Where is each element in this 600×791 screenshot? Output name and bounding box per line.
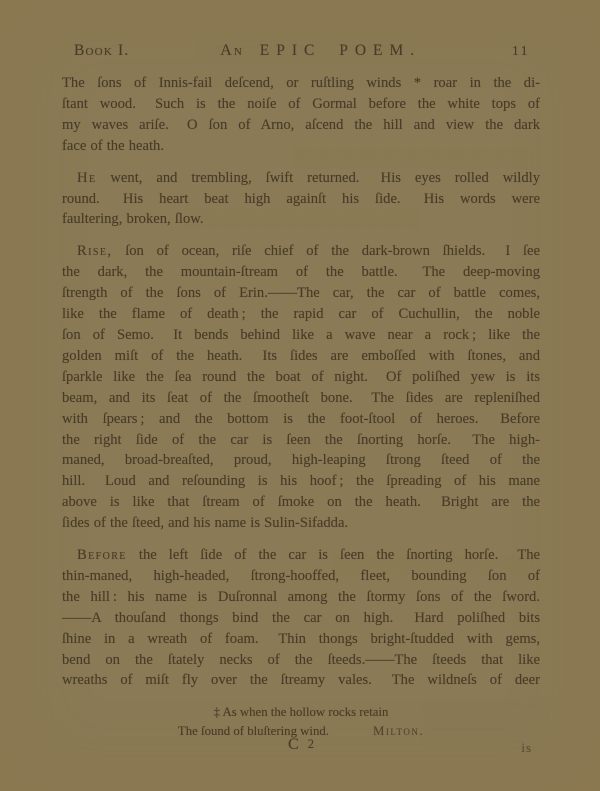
line-text: the left ſide of the car is ſeen the ſno… xyxy=(139,547,540,563)
text-line: the right ſide of the car is ſeen the ſn… xyxy=(62,430,540,451)
page-header: Book I. AnEPIC POEM. 11 xyxy=(62,42,540,60)
book-page-scan: Book I. AnEPIC POEM. 11 The ſons of Inni… xyxy=(0,0,600,791)
page-content: Book I. AnEPIC POEM. 11 The ſons of Inni… xyxy=(62,42,540,740)
catchword: is xyxy=(521,740,532,756)
paragraph: The ſons of Innis-fail deſcend, or ruſtl… xyxy=(62,73,540,157)
text-line: ſtrength of the ſons of Erin.——The car, … xyxy=(62,283,540,304)
paragraph: He went, and trembling, ſwift returned. … xyxy=(62,168,540,231)
page-title: AnEPIC POEM. xyxy=(220,42,421,60)
text-line: hill. Loud and reſounding is his hoof ; … xyxy=(62,471,540,492)
line-text: ſon of ocean, riſe chief of the dark-bro… xyxy=(125,243,540,259)
text-line: ſhine in a wreath of foam. Thin thongs b… xyxy=(62,629,540,650)
text-line: bend on the ſtately necks of the ſteeds.… xyxy=(62,650,540,671)
lead-word: He xyxy=(77,170,96,186)
paragraph: Before the left ſide of the car is ſeen … xyxy=(62,545,540,691)
text-line: ſparkle like the ſea round the boat of n… xyxy=(62,367,540,388)
text-line: beam, and its ſeat of the ſmootheſt bone… xyxy=(62,388,540,409)
text-line: Rise, ſon of ocean, riſe chief of the da… xyxy=(62,241,540,262)
text-line: ſon of Semo. It bends behind like a wave… xyxy=(62,325,540,346)
text-line: like the flame of death ; the rapid car … xyxy=(62,304,540,325)
text-line: faultering, broken, ſlow. xyxy=(62,209,540,230)
text-line: ſides of the ſteed, and his name is Suli… xyxy=(62,513,540,534)
line-text: went, and trembling, ſwift returned. His… xyxy=(110,170,540,186)
text-line: ——A thouſand thongs bind the car on high… xyxy=(62,608,540,629)
text-line: Before the left ſide of the car is ſeen … xyxy=(62,545,540,566)
lead-word: Before xyxy=(77,547,127,563)
paragraph: Rise, ſon of ocean, riſe chief of the da… xyxy=(62,241,540,534)
lead-word: Rise, xyxy=(77,243,112,259)
text-line: thin-maned, high-headed, ſtrong-hooffed,… xyxy=(62,566,540,587)
text-line: round. His heart beat high againſt his ſ… xyxy=(62,189,540,210)
text-line: with ſpears ; and the bottom is the foot… xyxy=(62,409,540,430)
text-line: above is like that ſtream of ſmoke on th… xyxy=(62,492,540,513)
text-line: The ſons of Innis-fail deſcend, or ruſtl… xyxy=(62,73,540,94)
text-line: golden miſt of the heath. Its ſides are … xyxy=(62,346,540,367)
signature-mark: C2 xyxy=(288,736,314,754)
footnote: ‡ As when the hollow rocks retain The ſo… xyxy=(62,703,540,740)
text-line: face of the heath. xyxy=(62,136,540,157)
text-line: maned, broad-breaſted, proud, high-leapi… xyxy=(62,450,540,471)
signature-number: 2 xyxy=(308,737,314,751)
text-line: the hill : his name is Duſronnal among t… xyxy=(62,587,540,608)
book-label: Book I. xyxy=(74,42,129,60)
title-article: An xyxy=(220,42,244,59)
signature-letter: C xyxy=(288,736,299,753)
text-line: ſtant wood. Such is the noiſe of Gormal … xyxy=(62,94,540,115)
page-number: 11 xyxy=(512,43,530,59)
text-line: the dark, the mountain-ſtream of the bat… xyxy=(62,262,540,283)
signature-row: C2 is xyxy=(62,736,540,760)
footnote-line: ‡ As when the hollow rocks retain xyxy=(62,703,540,722)
title-main: EPIC POEM. xyxy=(260,42,421,59)
text-line: my waves ariſe. O ſon of Arno, aſcend th… xyxy=(62,115,540,136)
text-line: He went, and trembling, ſwift returned. … xyxy=(62,168,540,189)
text-line: wreaths of miſt fly over the ſtreamy val… xyxy=(62,670,540,691)
